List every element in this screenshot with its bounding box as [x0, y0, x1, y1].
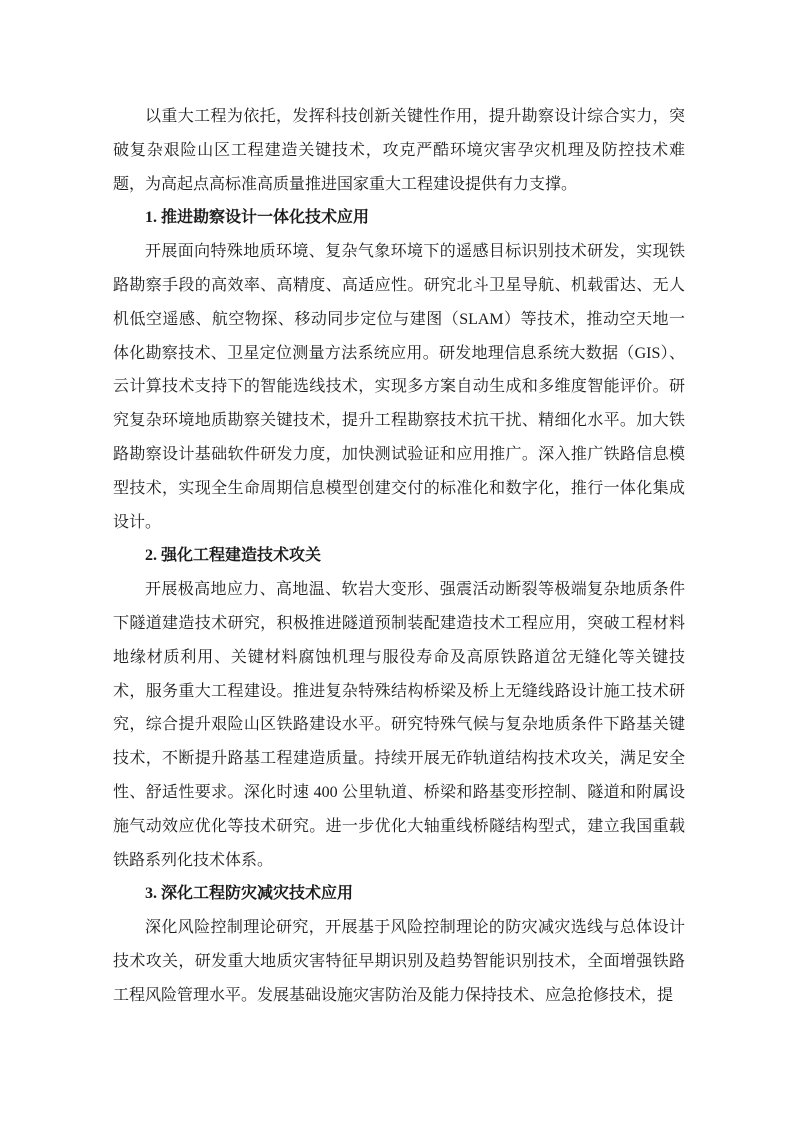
- section-3-body: 深化风险控制理论研究，开展基于风险控制理论的防灾减灾选线与总体设计技术攻关，研发…: [113, 911, 685, 1012]
- section-2-body: 开展极高地应力、高地温、软岩大变形、强震活动断裂等极端复杂地质条件下隧道建造技术…: [113, 573, 685, 877]
- section-1-heading: 1. 推进勘察设计一体化技术应用: [113, 201, 685, 235]
- document-content: 以重大工程为依托，发挥科技创新关键性作用，提升勘察设计综合实力，突破复杂艰险山区…: [113, 100, 685, 1013]
- section-3-heading: 3. 深化工程防灾减灾技术应用: [113, 877, 685, 911]
- document-page: 以重大工程为依托，发挥科技创新关键性作用，提升勘察设计综合实力，突破复杂艰险山区…: [0, 0, 793, 1122]
- section-2-heading: 2. 强化工程建造技术攻关: [113, 539, 685, 573]
- section-1-body: 开展面向特殊地质环境、复杂气象环境下的遥感目标识别技术研发，实现铁路勘察手段的高…: [113, 235, 685, 539]
- intro-paragraph: 以重大工程为依托，发挥科技创新关键性作用，提升勘察设计综合实力，突破复杂艰险山区…: [113, 100, 685, 201]
